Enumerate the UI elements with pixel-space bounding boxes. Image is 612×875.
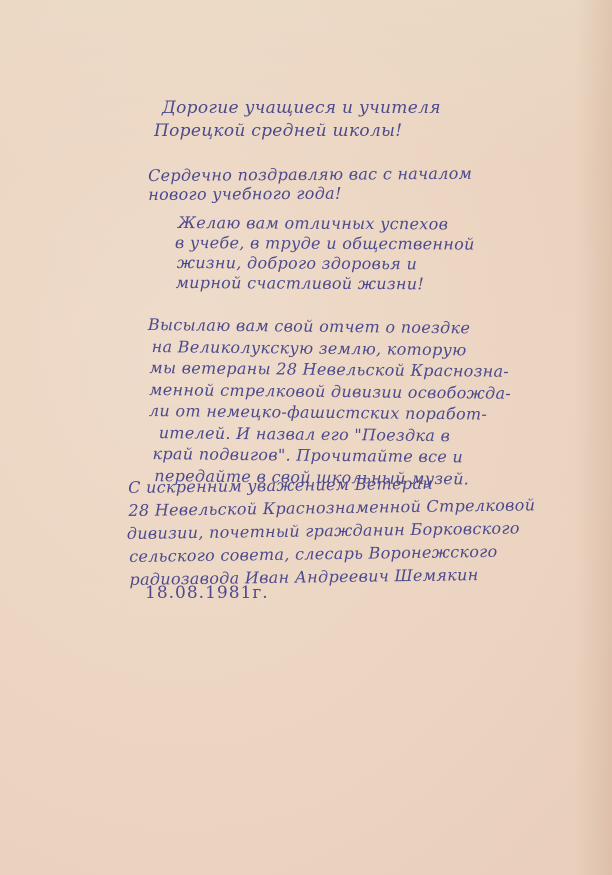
letter-date: 18.08.1981г. <box>145 583 269 603</box>
report-line: мы ветераны 28 Невельской Краснозна- <box>149 357 511 382</box>
greeting-line: Порецкой средней школы! <box>154 120 441 143</box>
report-line: край подвигов". Прочитайте все и <box>152 443 510 468</box>
wishes-paragraph: Желаю вам отличных успехов в учебе, в тр… <box>178 213 475 295</box>
report-paragraph: Высылаю вам свой отчет о поездке на Вели… <box>144 314 512 490</box>
wishes-line: мирной счастливой жизни! <box>176 273 475 295</box>
congratulations-paragraph: Сердечно поздравляю вас с началом нового… <box>148 164 472 204</box>
signature-block: С искренним уважением Ветеран 28 Невельс… <box>128 470 536 591</box>
wishes-line: в учебе, в труде и общественной <box>175 233 475 255</box>
wishes-line: жизни, доброго здоровья и <box>177 253 475 275</box>
greeting: Дорогие учащиеся и учителя Порецкой сред… <box>162 97 441 143</box>
congratulations-line: Сердечно поздравляю вас с началом <box>148 164 472 185</box>
report-line: ли от немецко-фашистских поработ- <box>149 400 511 425</box>
wishes-line: Желаю вам отличных успехов <box>178 213 475 235</box>
greeting-line: Дорогие учащиеся и учителя <box>162 97 441 120</box>
report-line: Высылаю вам свой отчет о поездке <box>148 314 512 339</box>
congratulations-line: нового учебного года! <box>148 183 472 204</box>
